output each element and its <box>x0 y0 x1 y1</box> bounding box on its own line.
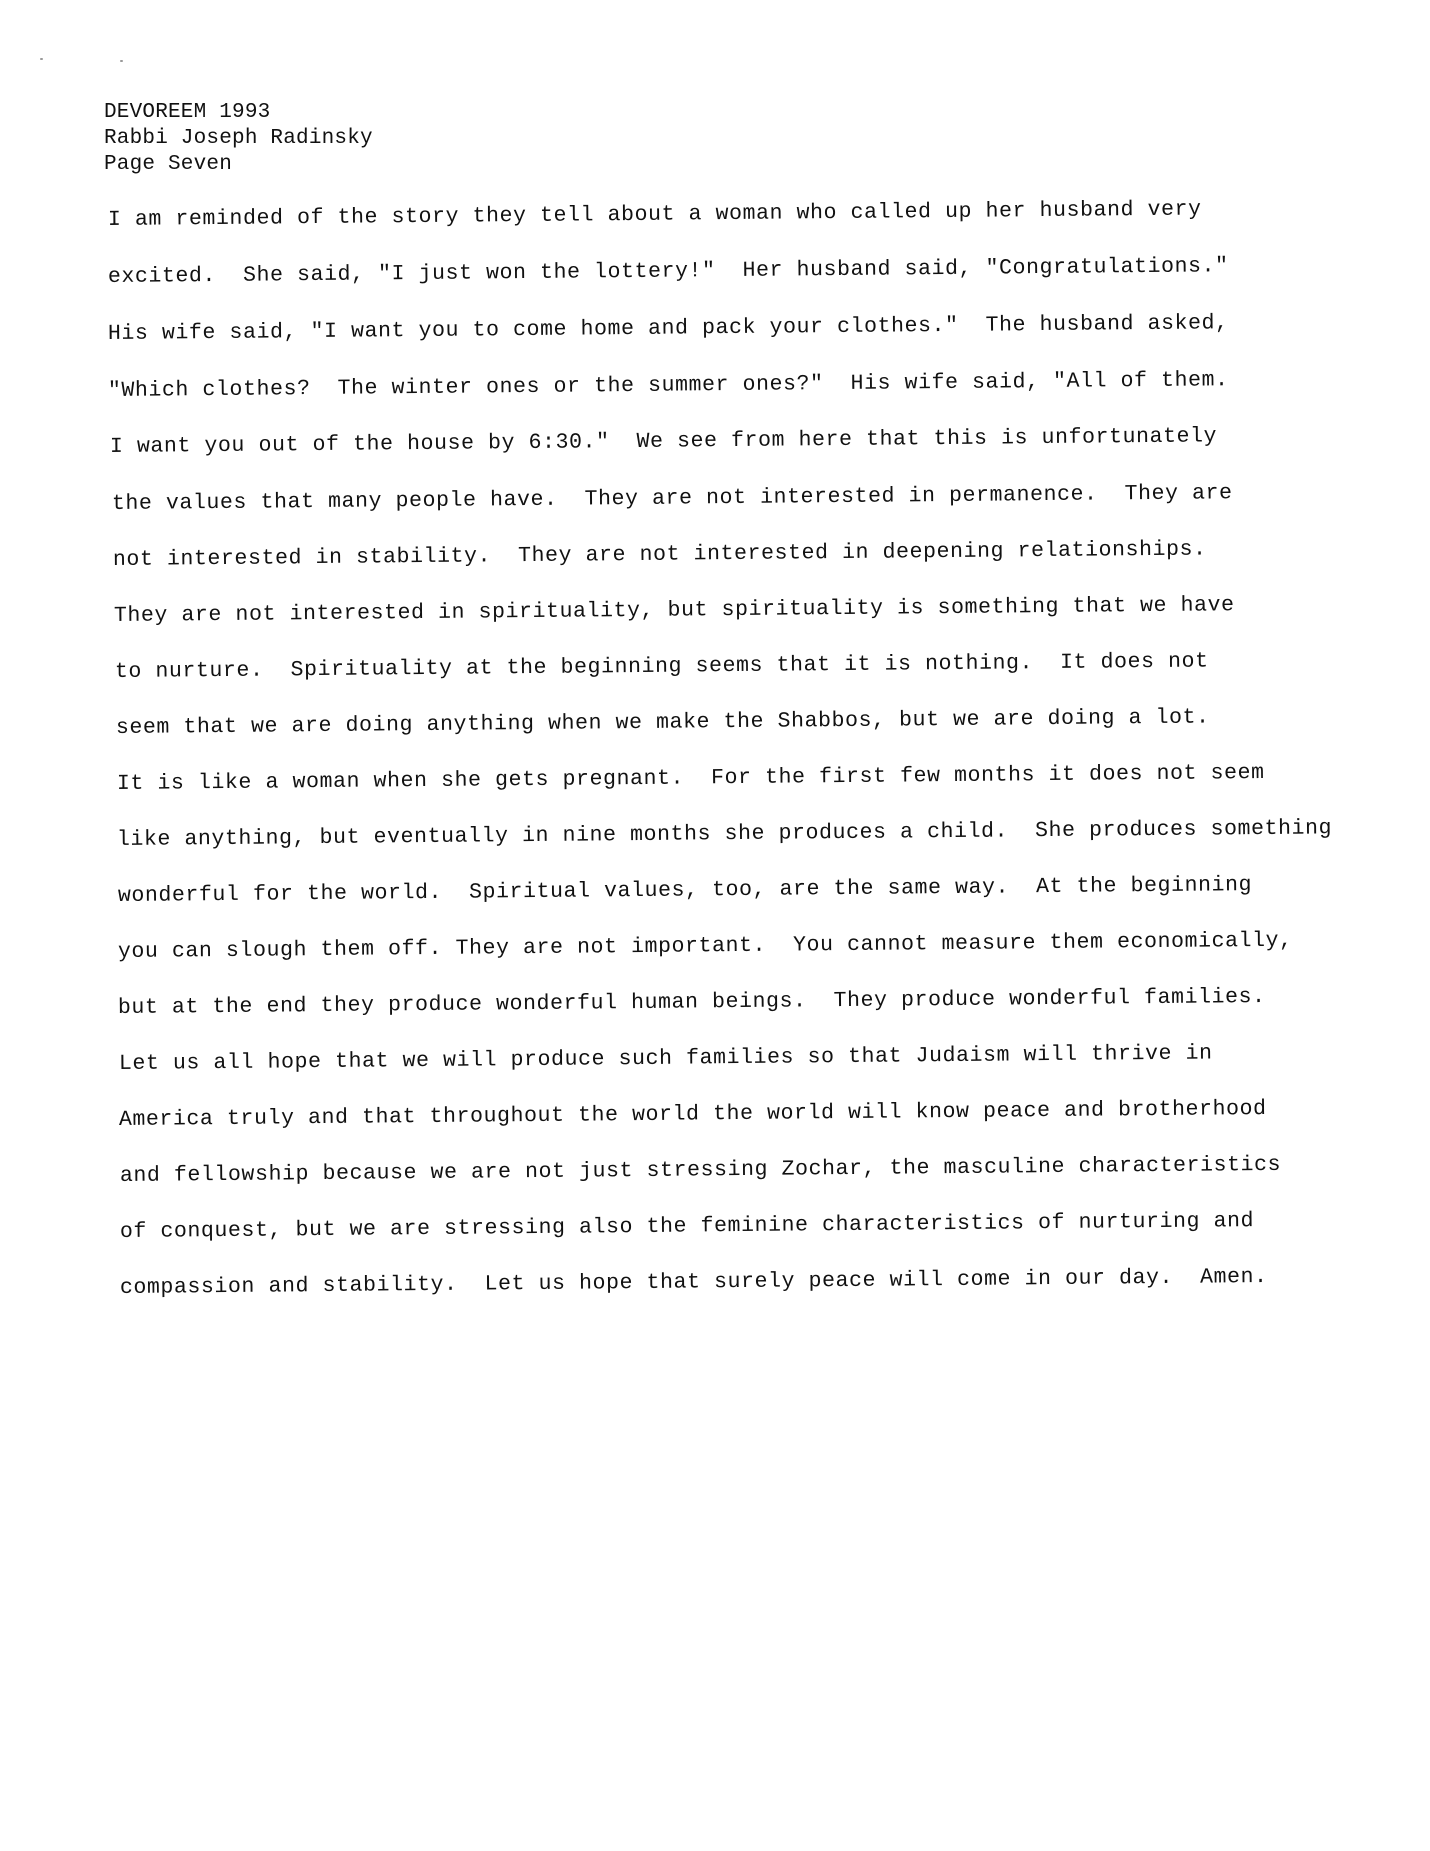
scan-speck <box>120 60 123 62</box>
document-author: Rabbi Joseph Radinsky <box>104 126 373 152</box>
body-line: to nurture. Spirituality at the beginnin… <box>115 650 1209 684</box>
body-line: of conquest, but we are stressing also t… <box>120 1209 1254 1244</box>
document-title: DEVOREEM 1993 <box>104 100 373 126</box>
body-line: excited. She said, "I just won the lotte… <box>108 254 1229 289</box>
scan-speck <box>40 58 43 60</box>
page-label: Page Seven <box>104 152 373 178</box>
document-page: DEVOREEM 1993 Rabbi Joseph Radinsky Page… <box>0 0 1430 1851</box>
body-line: you can slough them off. They are not im… <box>118 929 1293 964</box>
body-line: I am reminded of the story they tell abo… <box>108 198 1202 232</box>
body-line: but at the end they produce wonderful hu… <box>118 985 1266 1020</box>
body-line: the values that many people have. They a… <box>112 481 1233 516</box>
body-line: like anything, but eventually in nine mo… <box>117 816 1332 852</box>
body-line: They are not interested in spirituality,… <box>114 593 1235 628</box>
body-line: America truly and that throughout the wo… <box>119 1097 1267 1132</box>
body-line: His wife said, "I want you to come home … <box>108 311 1229 346</box>
body-line: and fellowship because we are not just s… <box>120 1153 1281 1188</box>
document-header: DEVOREEM 1993 Rabbi Joseph Radinsky Page… <box>104 100 373 178</box>
body-line: "Which clothes? The winter ones or the s… <box>108 368 1229 403</box>
body-line: Let us all hope that we will produce suc… <box>119 1042 1213 1076</box>
body-line: not interested in stability. They are no… <box>113 538 1207 572</box>
body-line: seem that we are doing anything when we … <box>116 706 1210 740</box>
body-line: wonderful for the world. Spiritual value… <box>118 873 1252 908</box>
body-line: It is like a woman when she gets pregnan… <box>117 761 1265 796</box>
body-line: I want you out of the house by 6:30." We… <box>110 424 1217 459</box>
body-line: compassion and stability. Let us hope th… <box>120 1265 1268 1300</box>
